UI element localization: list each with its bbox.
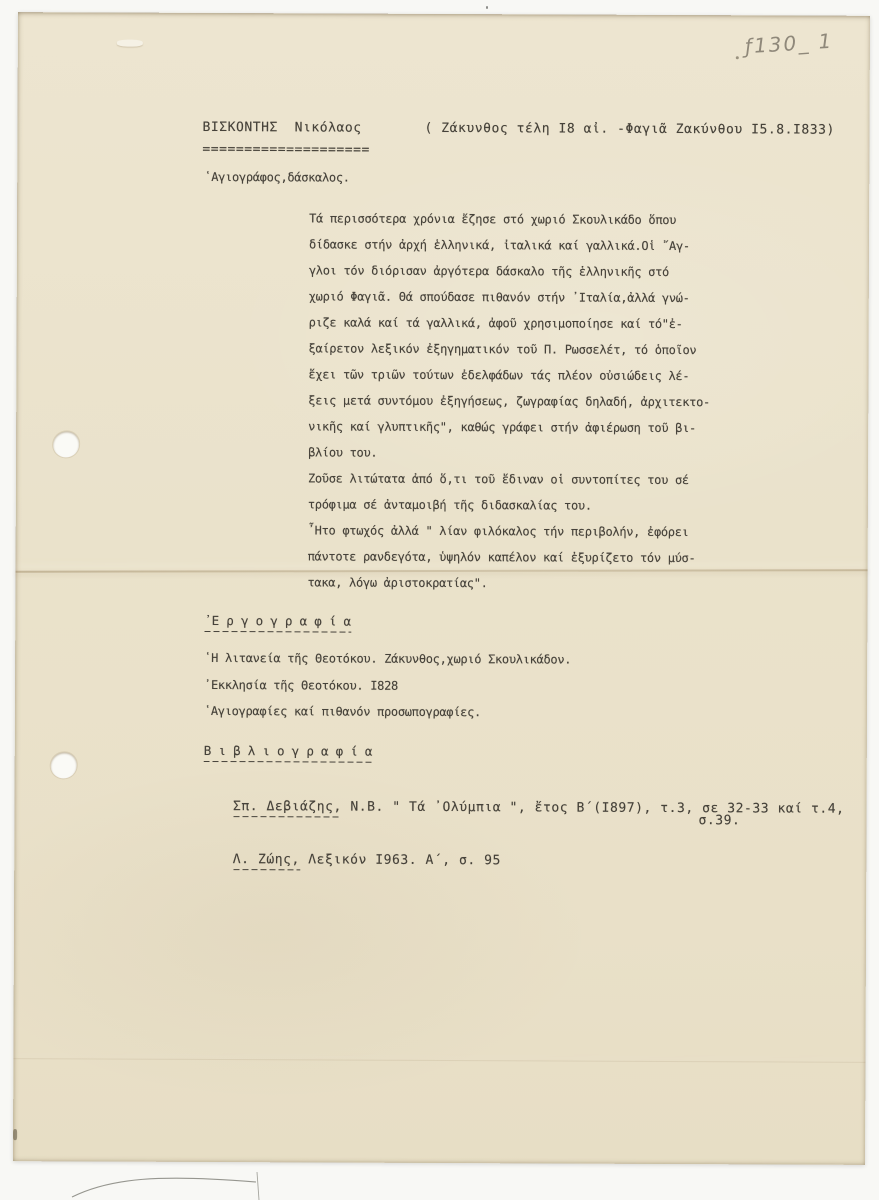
punch-hole-top: [53, 431, 79, 457]
entry-name-underline: ====================: [202, 142, 370, 158]
hair-curve: [72, 1178, 256, 1197]
hair-vertical: [257, 1172, 259, 1200]
entry-dates: ( Ζάκυνθος τέλη I8 αἰ. -Φαγιᾶ Ζακύνθου I…: [424, 121, 835, 138]
scanned-archive-card: { "annotations": { "archival_number": "ƒ…: [0, 0, 879, 1200]
bibliography-entry-1-continuation: σ.39.: [698, 813, 740, 828]
bibliography-entry-2: Λ. Ζώης, Λεξικόν I963. Α´, σ. 95: [199, 837, 501, 883]
biography-text: Τά περισσότερα χρόνια ἔζησε στό χωριό Σκ…: [307, 205, 710, 597]
ergografia-entries: ῾Η λιτανεία τῆς Θεοτόκου. Ζάκυνθος,χωριό…: [204, 645, 571, 726]
bibliography-author-1: Σπ. Δεβιάζης,: [233, 799, 342, 817]
bibliography-entry-1: Σπ. Δεβιάζης, Ν.Β. " Τά ᾿Ολύμπια ", ἔτος…: [199, 784, 844, 832]
edge-smudge: [13, 1129, 17, 1140]
section-heading-bibliografia: Β ι β λ ι ο γ ρ α φ ί α: [204, 743, 373, 763]
dust-speck: [486, 6, 488, 9]
paper-emboss-mark: [117, 40, 143, 47]
section-heading-ergografia: ᾿Ε ρ γ ο γ ρ α φ ί α: [204, 613, 351, 633]
entry-name: ΒΙΣΚΟΝΤΗΣ Νικόλαος: [202, 120, 361, 136]
archival-number-handwritten: ƒ130_ 1: [744, 29, 834, 59]
profession-line: ῾Αγιογράφος,δάσκαλος.: [204, 170, 349, 185]
pencil-dot: [736, 56, 739, 59]
document-page: ƒ130_ 1 ΒΙΣΚΟΝΤΗΣ Νικόλαος ( Ζάκυνθος τέ…: [13, 12, 870, 1165]
bibliography-reference-2: Λεξικόν I963. Α´, σ. 95: [300, 852, 501, 868]
bibliography-reference-1: Ν.Β. " Τά ᾿Ολύμπια ", ἔτος Β´(I897), τ.3…: [342, 800, 845, 817]
bibliography-author-2: Λ. Ζώης,: [233, 852, 300, 870]
scanner-hair-lines: [0, 1160, 879, 1200]
fold-crease-faint: [13, 1058, 865, 1063]
punch-hole-bottom: [51, 752, 77, 778]
